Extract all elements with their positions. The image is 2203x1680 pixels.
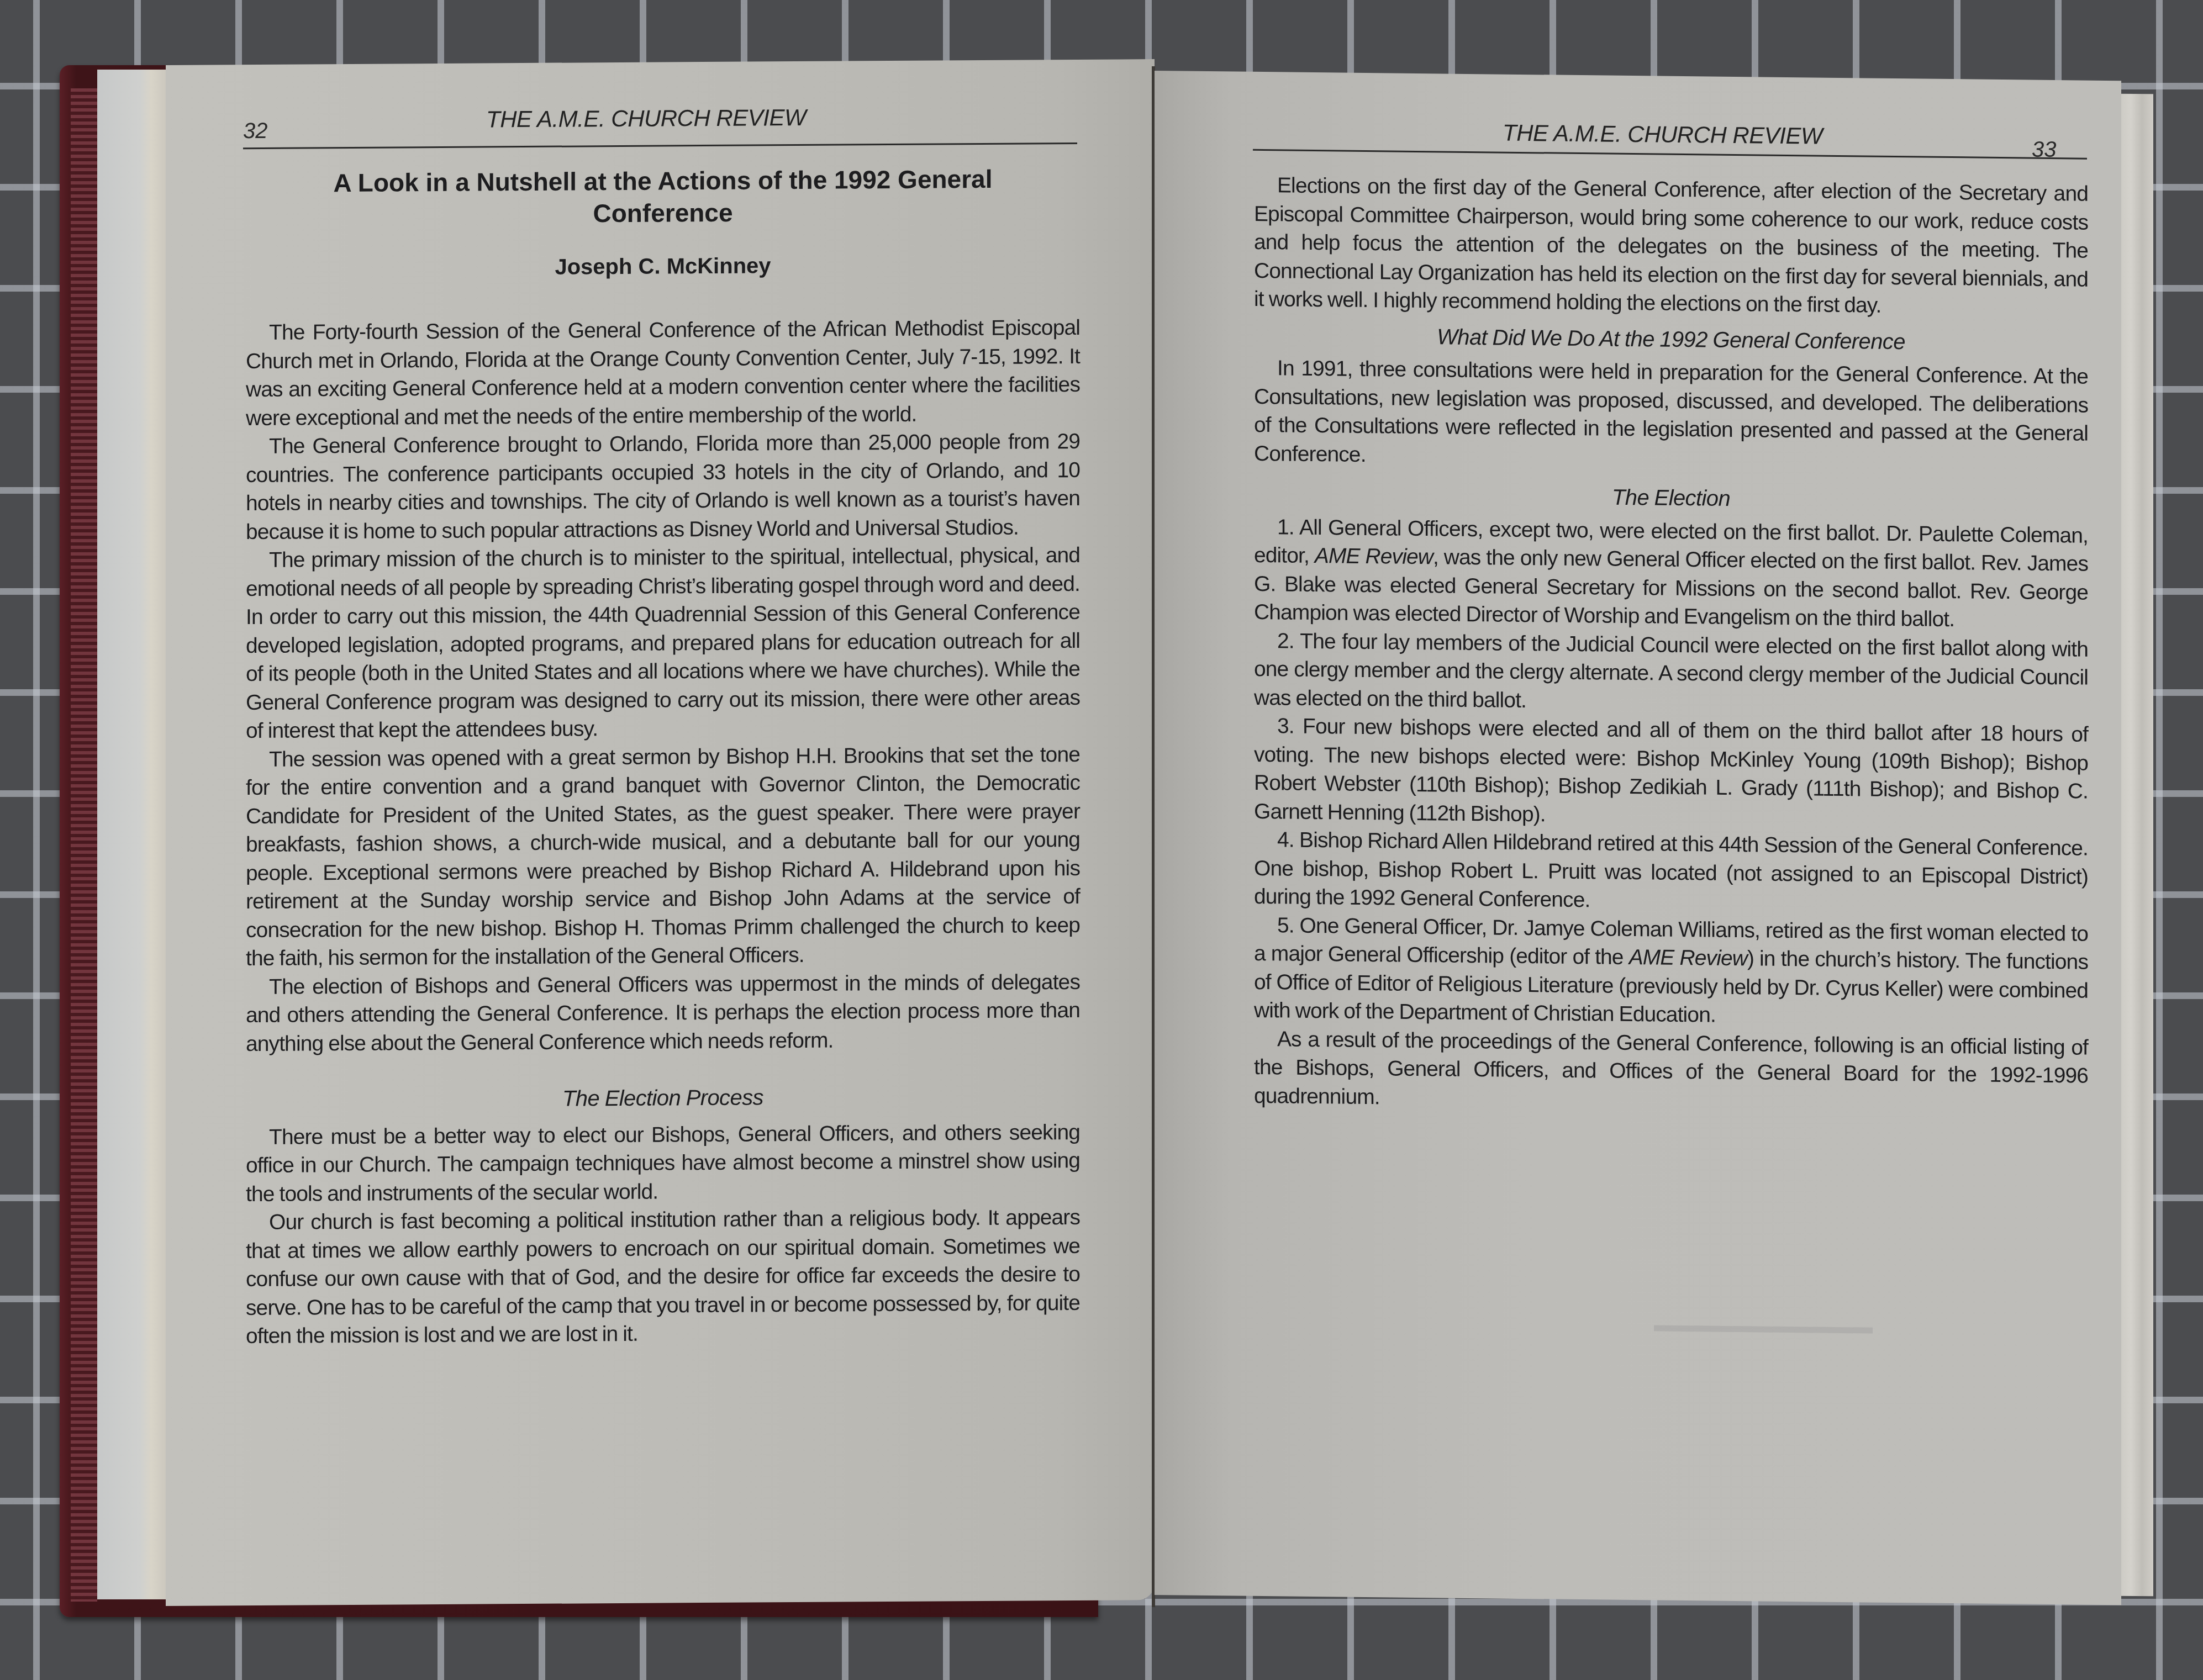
section-heading: What Did We Do At the 1992 General Confe… — [1254, 321, 2088, 358]
paragraph: The election of Bishops and General Offi… — [246, 968, 1080, 1058]
paragraph: The session was opened with a great serm… — [246, 740, 1080, 973]
article-title: A Look in a Nutshell at the Actions of t… — [246, 162, 1080, 231]
left-body-text: The Forty-fourth Session of the General … — [246, 314, 1080, 1351]
header-rule — [1253, 149, 2087, 160]
paragraph: The Forty-fourth Session of the General … — [246, 314, 1080, 432]
paragraph: In 1991, three consultations were held i… — [1254, 354, 2088, 477]
right-page-stack — [2116, 94, 2153, 1597]
left-page-stack — [97, 70, 169, 1599]
paragraph: As a result of the proceedings of the Ge… — [1254, 1024, 2088, 1118]
paragraph: There must be a better way to elect our … — [246, 1118, 1080, 1208]
paragraph: The General Conference brought to Orland… — [246, 427, 1080, 546]
right-body-text: Elections on the first day of the Genera… — [1254, 171, 2088, 1119]
paragraph: Our church is fast becoming a political … — [246, 1203, 1080, 1351]
list-item: 4. Bishop Richard Allen Hildebrand retir… — [1254, 826, 2088, 920]
running-head: THE A.M.E. CHURCH REVIEW — [486, 104, 806, 133]
left-page: 32 THE A.M.E. CHURCH REVIEW A Look in a … — [166, 59, 1155, 1606]
list-item: 1. All General Officers, except two, wer… — [1254, 513, 2088, 635]
section-heading: The Election Process — [246, 1082, 1080, 1116]
header-rule — [243, 142, 1077, 149]
right-page: THE A.M.E. CHURCH REVIEW 33 Elections on… — [1155, 71, 2121, 1605]
paragraph: The primary mission of the church is to … — [246, 541, 1080, 746]
page-number: 32 — [243, 119, 268, 144]
paragraph: Elections on the first day of the Genera… — [1254, 171, 2088, 322]
book-cover-edge — [71, 88, 97, 1602]
article-title-line2: Conference — [246, 194, 1080, 231]
article-title-line1: A Look in a Nutshell at the Actions of t… — [246, 162, 1080, 199]
list-item: 2. The four lay members of the Judicial … — [1254, 626, 2088, 720]
running-head: THE A.M.E. CHURCH REVIEW — [1503, 120, 1822, 150]
section-heading: The Election — [1254, 480, 2088, 517]
article-author: Joseph C. McKinney — [246, 252, 1080, 282]
list-item: 3. Four new bishops were elected and all… — [1254, 712, 2088, 834]
show-through-text: ▬▬▬▬▬▬▬▬▬▬▬ — [1486, 1311, 1873, 1338]
list-item: 5. One General Officer, Dr. Jamye Colema… — [1254, 911, 2088, 1033]
